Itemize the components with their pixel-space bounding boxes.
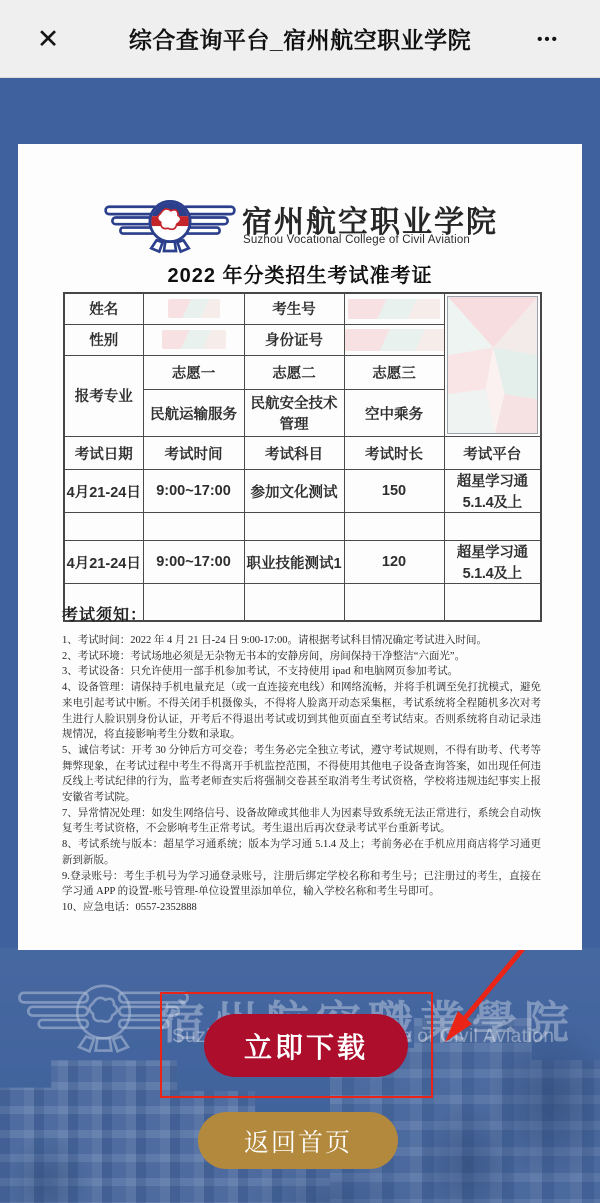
note-item: 8、考试系统与版本：超星学习通系统；版本为学习通 5.1.4 及上；考前务必在手…: [62, 837, 541, 868]
page-title: 综合查询平台_宿州航空职业学院: [129, 22, 471, 55]
exam-row-cell: [444, 513, 541, 541]
wechat-browser-screen: ✕ 综合查询平台_宿州航空职业学院 ••• 宿州航空職業學院 Suzhou Vo…: [0, 0, 600, 1203]
download-now-button[interactable]: 立即下载: [204, 1014, 408, 1077]
exam-row-cell: 超星学习通5.1.4及上: [444, 541, 541, 584]
college-emblem-icon: [103, 188, 237, 255]
exam-header-platform: 考试平台: [444, 437, 541, 470]
note-item: 9.登录账号：考生手机号为学习通登录账号，注册后绑定学校名称和考生号；已注册过的…: [62, 869, 541, 900]
note-item: 1、考试时间：2022 年 4 月 21 日-24 日 9:00-17:00。请…: [62, 633, 541, 649]
redaction-patch: [162, 330, 226, 349]
exam-row-cell: 职业技能测试1: [244, 541, 344, 584]
exam-header-subject: 考试科目: [244, 437, 344, 470]
major3-value: 空中乘务: [344, 390, 444, 437]
exam-header-duration: 考试时长: [344, 437, 444, 470]
gender-value-redacted: [143, 324, 244, 355]
note-item: 7、异常情况处理：如发生网络信号、设备故障或其他非人为因素导致系统无法正常进行，…: [62, 806, 541, 837]
photo-redaction-mosaic: [448, 297, 538, 433]
gender-label: 性别: [64, 324, 143, 355]
choice3-label: 志愿三: [344, 355, 444, 390]
exam-row-cell: 9:00~17:00: [143, 470, 244, 513]
exam-row-cell: 120: [344, 541, 444, 584]
close-icon[interactable]: ✕: [24, 0, 72, 78]
exam-row-cell: 4月21-24日: [64, 541, 143, 584]
note-item: 3、考试设备：只允许使用一部手机参加考试，不支持使用 ipad 和电脑网页参加考…: [62, 664, 541, 680]
admission-ticket-card: 宿州航空职业学院 Suzhou Vocational College of Ci…: [18, 144, 582, 950]
name-value-redacted: [143, 293, 244, 324]
exam-row-cell: 超星学习通5.1.4及上: [444, 470, 541, 513]
back-to-home-button[interactable]: 返回首页: [198, 1112, 398, 1169]
id-no-value-redacted: [344, 324, 444, 355]
browser-titlebar: ✕ 综合查询平台_宿州航空职业学院 •••: [0, 0, 600, 78]
candidate-photo-redacted: [444, 293, 541, 437]
exam-row-cell: 9:00~17:00: [143, 541, 244, 584]
exam-header-date: 考试日期: [64, 437, 143, 470]
college-name-en: Suzhou Vocational College of Civil Aviat…: [243, 234, 470, 246]
redaction-patch: [345, 329, 445, 351]
candidate-no-label: 考生号: [244, 293, 344, 324]
major1-value: 民航运输服务: [143, 390, 244, 437]
note-item: 5、诚信考试：开考 30 分钟后方可交卷；考生务必完全独立考试，遵守考试规则，不…: [62, 743, 541, 806]
exam-row-cell: 参加文化测试: [244, 470, 344, 513]
exam-row-cell: [244, 513, 344, 541]
redaction-patch: [168, 299, 220, 318]
exam-row-cell: 4月21-24日: [64, 470, 143, 513]
redaction-patch: [348, 299, 440, 319]
notes-heading: 考试须知：: [62, 602, 541, 625]
more-menu-icon[interactable]: •••: [518, 0, 578, 78]
major2-value: 民航安全技术管理: [244, 390, 344, 437]
note-item: 4、设备管理：请保持手机电量充足（或一直连接充电线）和网络流畅，并将手机调至免打…: [62, 680, 541, 743]
exam-notes-section: 考试须知： 1、考试时间：2022 年 4 月 21 日-24 日 9:00-1…: [62, 602, 541, 916]
major-label: 报考专业: [64, 355, 143, 437]
exam-row-cell: 150: [344, 470, 444, 513]
id-no-label: 身份证号: [244, 324, 344, 355]
name-label: 姓名: [64, 293, 143, 324]
certificate-title: 2022 年分类招生考试准考证: [18, 259, 582, 288]
exam-row-cell: [143, 513, 244, 541]
note-item: 10、应急电话：0557-2352888: [62, 900, 541, 916]
exam-header-time: 考试时间: [143, 437, 244, 470]
note-item: 2、考试环境：考试场地必须是无杂物无书本的安静房间，房间保持干净整洁“六面光”。: [62, 649, 541, 665]
candidate-no-value-redacted: [344, 293, 444, 324]
exam-row-cell: [344, 513, 444, 541]
choice2-label: 志愿二: [244, 355, 344, 390]
admission-info-table: 姓名 考生号: [63, 292, 542, 622]
choice1-label: 志愿一: [143, 355, 244, 390]
exam-row-cell: [64, 513, 143, 541]
